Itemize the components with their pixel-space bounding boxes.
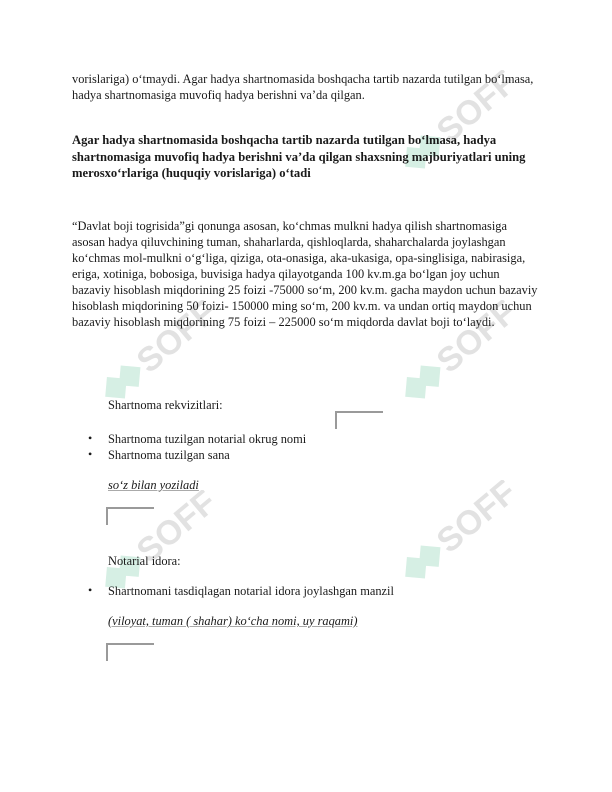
bullet-icon: • xyxy=(88,583,92,598)
bullet-icon: • xyxy=(88,447,92,462)
notary-hint: (viloyat, tuman ( shahar) ko‘cha nomi, u… xyxy=(108,613,358,629)
form-field-marker[interactable] xyxy=(106,643,154,661)
paragraph-continuation: vorislariga) o‘tmaydi. Agar hadya shartn… xyxy=(72,71,540,103)
notary-heading: Notarial idora: xyxy=(108,553,576,569)
watermark-logo: SOFF xyxy=(380,480,530,590)
requisites-hint: so‘z bilan yoziladi xyxy=(108,477,199,493)
form-field-marker[interactable] xyxy=(335,411,383,429)
requisites-item: Shartnoma tuzilgan notarial okrug nomi xyxy=(108,431,576,447)
requisites-item: Shartnoma tuzilgan sana xyxy=(108,447,576,463)
paragraph-state-duty: “Davlat boji togrisida”gi qonunga asosan… xyxy=(72,218,540,330)
svg-text:SOFF: SOFF xyxy=(430,480,524,560)
notary-item: Shartnomani tasdiqlagan notarial idora j… xyxy=(108,583,576,599)
form-field-marker[interactable] xyxy=(106,507,154,525)
paragraph-bold-clause: Agar hadya shartnomasida boshqacha tarti… xyxy=(72,132,540,182)
bullet-icon: • xyxy=(88,431,92,446)
